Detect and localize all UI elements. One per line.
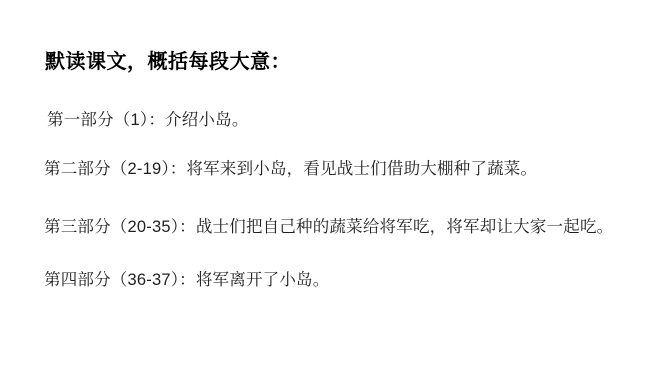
section-summary-3: 第三部分（20-35）：战士们把自己种的蔬菜给将军吃，将军却让大家一起吃。 [44,216,613,238]
section-summary-2: 第二部分（2-19）：将军来到小岛，看见战士们借助大棚种了蔬菜。 [44,158,537,180]
section-summary-4: 第四部分（36-37）：将军离开了小岛。 [44,269,329,291]
slide-canvas: 默读课文，概括每段大意： 第一部分（1）：介绍小岛。 第二部分（2-19）：将军… [0,0,668,376]
section-summary-1: 第一部分（1）：介绍小岛。 [47,109,249,131]
slide-title: 默读课文，概括每段大意： [45,49,291,76]
